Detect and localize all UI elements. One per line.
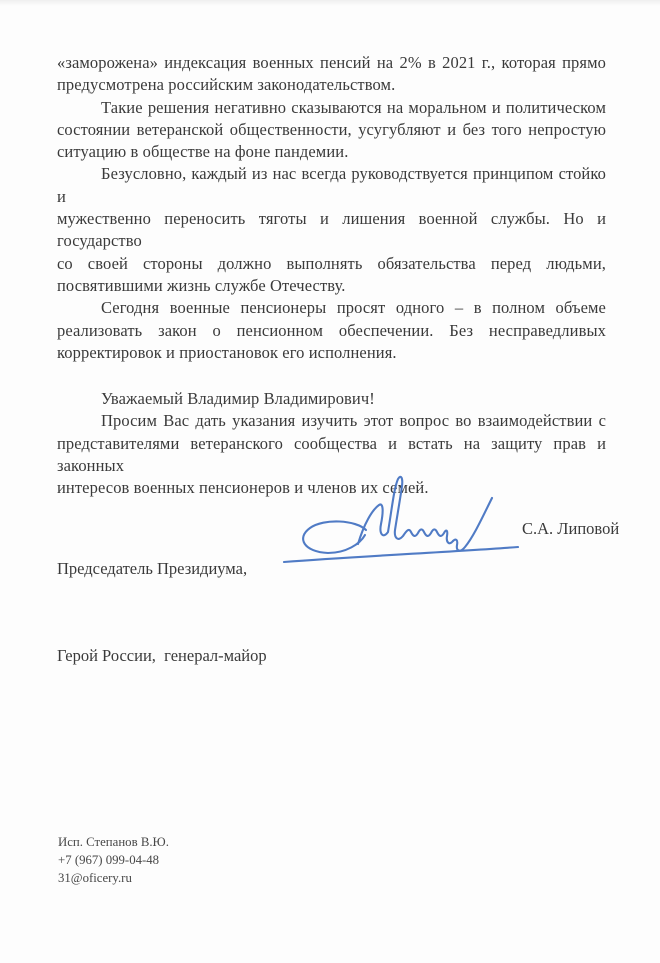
body-line: ситуацию в обществе на фоне пандемии. bbox=[57, 141, 606, 163]
paragraph: «заморожена» индексация военных пенсий н… bbox=[57, 52, 606, 97]
salutation: Уважаемый Владимир Владимирович! bbox=[57, 388, 606, 410]
body-line: «заморожена» индексация военных пенсий н… bbox=[57, 52, 606, 74]
body-line: со своей стороны должно выполнять обязат… bbox=[57, 253, 606, 275]
body-line: мужественно переносить тяготы и лишения … bbox=[57, 208, 606, 253]
body-line: Безусловно, каждый из нас всегда руковод… bbox=[57, 163, 606, 208]
signer-position-line2: Герой России, генерал-майор bbox=[57, 641, 267, 670]
scanned-letter-page: «заморожена» индексация военных пенсий н… bbox=[0, 0, 660, 963]
executor-phone: +7 (967) 099-04-48 bbox=[58, 851, 169, 869]
body-line: посвятившими жизнь службе Отечеству. bbox=[57, 275, 606, 297]
body-line: реализовать закон о пенсионном обеспечен… bbox=[57, 320, 606, 342]
body-line: корректировок и приостановок его исполне… bbox=[57, 342, 606, 364]
paragraph: Такие решения негативно сказываются на м… bbox=[57, 97, 606, 164]
body-line: Сегодня военные пенсионеры просят одного… bbox=[57, 297, 606, 319]
salutation-line: Уважаемый Владимир Владимирович! bbox=[57, 388, 606, 410]
body-line: предусмотрена российским законодательств… bbox=[57, 74, 606, 96]
body-line: представителями ветеранского сообщества … bbox=[57, 433, 606, 478]
signer-position: Председатель Президиума, Герой России, г… bbox=[57, 496, 267, 728]
paragraph: Безусловно, каждый из нас всегда руковод… bbox=[57, 163, 606, 297]
executor-footer: Исп. Степанов В.Ю. +7 (967) 099-04-48 31… bbox=[58, 833, 169, 887]
executor-name: Исп. Степанов В.Ю. bbox=[58, 833, 169, 851]
body-line: состоянии ветеранской общественности, ус… bbox=[57, 119, 606, 141]
letter-body: «заморожена» индексация военных пенсий н… bbox=[57, 52, 606, 500]
signature-autograph bbox=[282, 472, 522, 572]
body-line: Такие решения негативно сказываются на м… bbox=[57, 97, 606, 119]
paragraph: Сегодня военные пенсионеры просят одного… bbox=[57, 297, 606, 364]
body-line: Просим Вас дать указания изучить этот во… bbox=[57, 410, 606, 432]
signer-position-line1: Председатель Президиума, bbox=[57, 554, 267, 583]
signer-name: С.А. Липовой bbox=[522, 519, 619, 539]
executor-email: 31@oficery.ru bbox=[58, 869, 169, 887]
